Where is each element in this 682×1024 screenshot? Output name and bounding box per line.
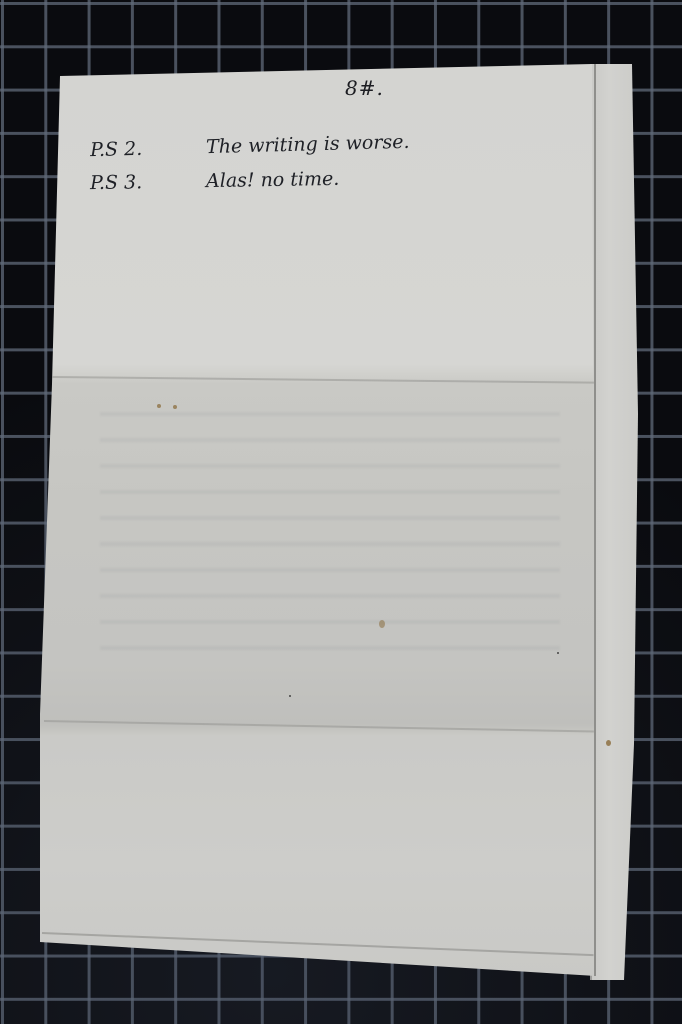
postscript-label: P.S 3. <box>90 170 200 194</box>
paper-stain <box>173 405 177 409</box>
bleed-through-writing <box>100 390 560 670</box>
paper-stain <box>379 620 385 628</box>
page-number: 8#. <box>345 76 384 100</box>
sheet-right-edge <box>594 64 596 976</box>
postscript-label: P.S 2. <box>90 136 201 161</box>
ink-speck <box>557 652 559 654</box>
postscript-text: Alas! no time. <box>206 168 340 192</box>
paper-stain <box>157 404 161 408</box>
ink-speck <box>289 695 291 697</box>
paper-stain <box>606 740 611 746</box>
postscript-3: P.S 3. Alas! no time. <box>90 168 340 194</box>
